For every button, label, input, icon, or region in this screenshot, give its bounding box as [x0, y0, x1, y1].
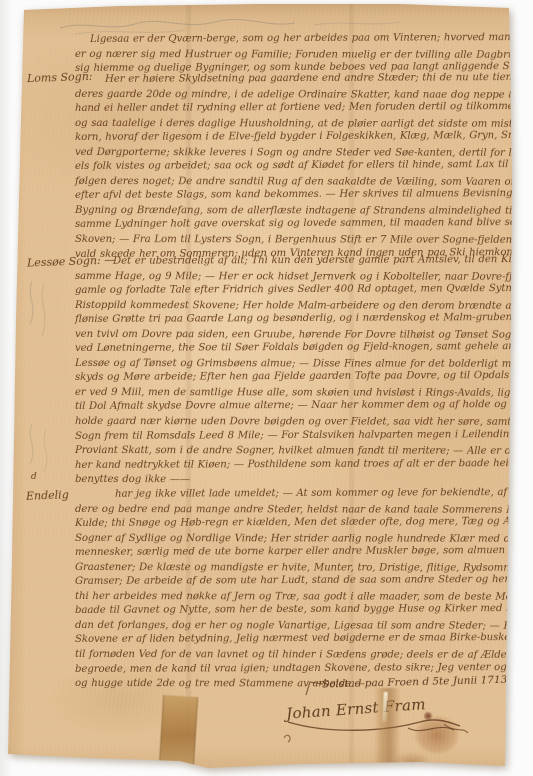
- handwriting-line: korn, hvoraf der ligesom i de Elve-fjeld…: [75, 129, 533, 146]
- scanned-manuscript-page: Ligesaa er der Qværn-berge, som og her a…: [0, 0, 533, 776]
- signature-flourish: [258, 706, 473, 746]
- stray-letter-mark: d: [31, 471, 37, 484]
- handwriting-line: baade til Gavnet og Nytte, som her de be…: [75, 602, 533, 619]
- paragraph-loms-sogn: Her er høiere Skyldsetning paa gaardene …: [75, 73, 533, 262]
- handwriting-line: her kand nedtrykket til Kiøen; — Posthil…: [75, 457, 533, 474]
- paragraph-qvernberg: Ligesaa er der Qværn-berge, som og her a…: [75, 33, 533, 77]
- pencil-scribble-top-right: [310, 16, 430, 30]
- handwriting-line: skyds og Møre arbeide; Efter hen gaa Fje…: [75, 369, 533, 386]
- handwriting-line: mennesker, særlig med de ute borne karpe…: [75, 544, 533, 561]
- handwriting-line: ved Lønetningerne, the Soe til Søer Fold…: [75, 340, 533, 357]
- paragraph-endelig: har jeg ikke villet lade umeldet; — At s…: [75, 488, 533, 692]
- manuscript-paper: Ligesaa er der Qværn-berge, som og her a…: [0, 0, 533, 776]
- handwriting-line: gamle og forladte Tale efter Fridrich gi…: [75, 282, 533, 299]
- margin-note-endelig: Endelig: [26, 488, 69, 502]
- handwriting-line: til Dol Afmalt skydse Dovre almue altern…: [75, 398, 533, 415]
- handwriting-line: Skovene er af liden betydning, Jelig nær…: [75, 631, 533, 648]
- handwriting-line: samme Lydninger holt gave overskat sig o…: [75, 216, 533, 233]
- graphite-smudge-left-upper: [24, 276, 70, 346]
- handwriting-line: hand ei heller andet til rydning eller a…: [75, 100, 533, 117]
- handwriting-line: efter afvl det beste Slags, som kand bek…: [75, 187, 533, 204]
- paragraph-lessoe-sogn: Det er ubestrideligt af alt; Thi kun den…: [75, 255, 533, 488]
- paper-shadow: Ligesaa er der Qværn-berge, som og her a…: [0, 0, 533, 776]
- handwriting-line: Kulde; thi Snøge og Høb-regn er kiælden,…: [75, 515, 533, 532]
- handwriting-line: Her er høiere Skyldsetning paa gaardene …: [75, 71, 533, 88]
- handwriting-line: Gramser; De arbeide af de som ute har Lu…: [75, 573, 533, 590]
- handwriting-line: Det er ubestrideligt af alt; Thi kun den…: [75, 253, 533, 270]
- handwriting-line: Sogn frem til Romsdals Leed 8 Mile; — Fo…: [75, 428, 533, 445]
- tape-stain: [159, 695, 198, 769]
- graphite-smudge-left-lower: [22, 420, 72, 480]
- handwriting-line: Ligesaa er der Qværn-berge, som og her a…: [75, 31, 533, 48]
- handwriting-line: flønise Grøtte tri paa Gaarde Lang og be…: [75, 311, 533, 328]
- handwriting-line: els folk vistes og arbeidet; saa ock og …: [75, 158, 533, 175]
- handwriting-line: har jeg ikke villet lade umeldet; — At s…: [75, 486, 533, 503]
